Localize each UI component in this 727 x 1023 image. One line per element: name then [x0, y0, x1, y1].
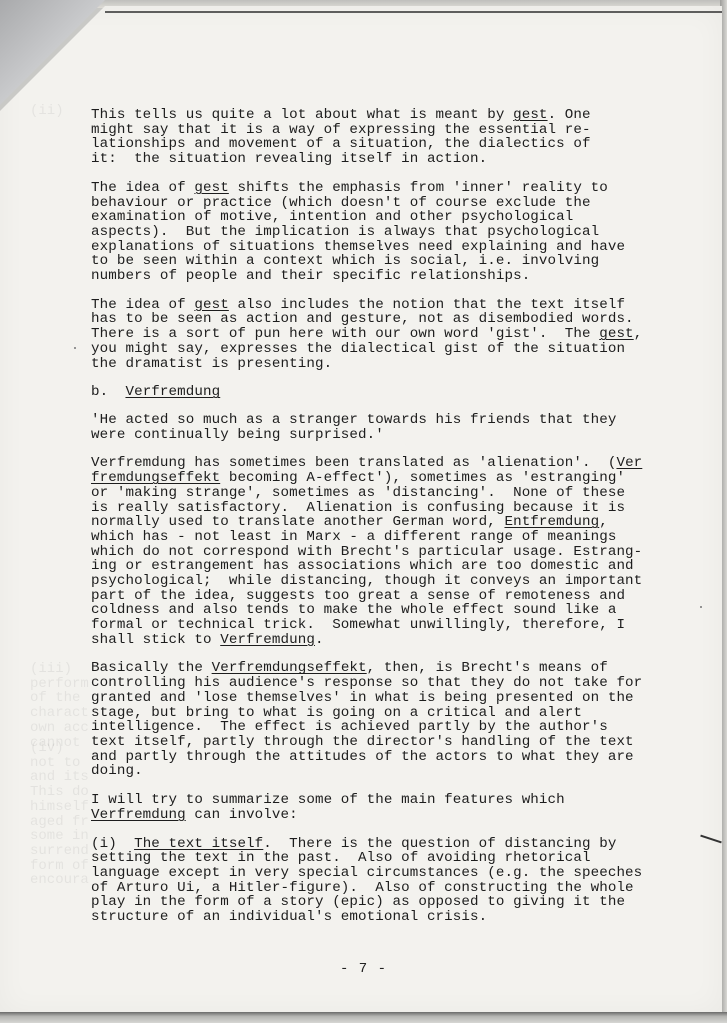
text-run: becoming A-effect'), sometimes as 'estra… — [220, 470, 625, 486]
text-run: stage, but bring to what is going on a c… — [91, 705, 582, 721]
text-run: you might say, expresses the dialectical… — [91, 341, 625, 357]
text-run: The idea of — [91, 180, 194, 196]
text-line: to be seen within a context which is soc… — [91, 254, 671, 269]
text-run: were continually being surprised.' — [91, 427, 384, 443]
text-line: or 'making strange', sometimes as 'dista… — [91, 486, 671, 501]
underlined-term: gest — [599, 326, 633, 342]
text-run: which has - not least in Marx - a differ… — [91, 529, 616, 545]
text-line: explanations of situations themselves ne… — [91, 240, 671, 255]
paragraph-quote: 'He acted so much as a stranger towards … — [91, 413, 671, 442]
text-run: . — [315, 632, 324, 648]
text-run: language except in very special circumst… — [91, 865, 642, 881]
text-run: psychological; while distancing, though … — [91, 573, 642, 589]
text-line: 'He acted so much as a stranger towards … — [91, 413, 671, 428]
text-run: structure of an individual's emotional c… — [91, 909, 487, 925]
paragraph-text-itself: (i) The text itself. There is the questi… — [91, 837, 671, 925]
text-run: formal or technical trick. Somewhat unwi… — [91, 617, 625, 633]
text-line: you might say, expresses the dialectical… — [91, 342, 671, 357]
text-run: . There is the question of distancing by — [263, 836, 616, 852]
underlined-term: The text itself — [134, 836, 263, 852]
text-line: aspects). But the implication is always … — [91, 225, 671, 240]
show-through-text: (iii) perform of the charact own acc can… — [30, 662, 89, 750]
text-run: might say that it is a way of expressing… — [91, 122, 591, 138]
page-top-rule — [105, 11, 722, 13]
text-line: play in the form of a story (epic) as op… — [91, 895, 671, 910]
text-line: (i) The text itself. There is the questi… — [91, 837, 671, 852]
text-run: Verfremdung has sometimes been translate… — [91, 455, 616, 471]
paragraph-summary-intro: I will try to summarize some of the main… — [91, 793, 671, 822]
underlined-term: fremdungseffekt — [91, 470, 220, 486]
underlined-term: gest — [194, 297, 228, 313]
text-run: (i) — [91, 836, 134, 852]
text-run: text itself, partly through the director… — [91, 734, 634, 750]
text-run: , — [634, 326, 643, 342]
text-run: . One — [548, 107, 591, 123]
underlined-term: Verfremdung — [91, 807, 186, 823]
text-line: I will try to summarize some of the main… — [91, 793, 671, 808]
underlined-term: Verfremdungseffekt — [212, 660, 367, 676]
paragraph-gest-meaning: This tells us quite a lot about what is … — [91, 108, 671, 167]
text-line: This tells us quite a lot about what is … — [91, 108, 671, 123]
paragraph-gest-emphasis: The idea of gest shifts the emphasis fro… — [91, 181, 671, 284]
text-run: doing. — [91, 763, 143, 779]
text-line: examination of motive, intention and oth… — [91, 210, 671, 225]
text-line: language except in very special circumst… — [91, 866, 671, 881]
text-line: coldness and also tends to make the whol… — [91, 603, 671, 618]
text-run: shifts the emphasis from 'inner' reality… — [229, 180, 608, 196]
text-line: were continually being surprised.' — [91, 428, 671, 443]
text-line: has to be seen as action and gesture, no… — [91, 312, 671, 327]
text-run: , — [599, 514, 608, 530]
text-line: Verfremdung can involve: — [91, 808, 671, 823]
text-run: numbers of people and their specific rel… — [91, 268, 530, 284]
text-run: which do not correspond with Brecht's pa… — [91, 544, 642, 560]
document-page: (ii) (iii) perform of the charact own ac… — [0, 6, 722, 1014]
text-run: This tells us quite a lot about what is … — [91, 107, 513, 123]
scan-bottom-edge — [0, 1012, 727, 1023]
show-through-text: (iv) not to and its This do himself aged… — [30, 741, 89, 888]
margin-pen-mark — [700, 835, 722, 844]
text-line: normally used to translate another Germa… — [91, 515, 671, 530]
text-line: controlling his audience's response so t… — [91, 676, 671, 691]
section-heading: b. Verfremdung — [91, 385, 671, 400]
text-run: behaviour or practice (which doesn't of … — [91, 195, 591, 211]
speck — [380, 244, 382, 246]
underlined-term: Ver — [616, 455, 642, 471]
show-through-text: (ii) — [30, 104, 64, 119]
text-run: normally used to translate another Germa… — [91, 514, 504, 530]
text-run: of Arturo Ui, a Hitler-figure). Also of … — [91, 880, 634, 896]
text-run: it: the situation revealing itself in ac… — [91, 151, 487, 167]
text-run: explanations of situations themselves ne… — [91, 239, 625, 255]
text-run: part of the idea, suggests too great a s… — [91, 588, 625, 604]
underlined-term: gest — [513, 107, 547, 123]
paragraph-verfremdungseffekt: Basically the Verfremdungseffekt, then, … — [91, 661, 671, 779]
page-number: - 7 - — [0, 961, 727, 977]
text-line: The idea of gest shifts the emphasis fro… — [91, 181, 671, 196]
document-body: This tells us quite a lot about what is … — [91, 108, 671, 939]
text-run: examination of motive, intention and oth… — [91, 209, 573, 225]
text-run: to be seen within a context which is soc… — [91, 253, 599, 269]
text-line: stage, but bring to what is going on a c… — [91, 706, 671, 721]
text-line: There is a sort of pun here with our own… — [91, 327, 671, 342]
text-line: ing or estrangement has associations whi… — [91, 559, 671, 574]
text-line: doing. — [91, 764, 671, 779]
text-run: has to be seen as action and gesture, no… — [91, 311, 634, 327]
text-line: behaviour or practice (which doesn't of … — [91, 196, 671, 211]
text-line: Basically the Verfremdungseffekt, then, … — [91, 661, 671, 676]
text-line: intelligence. The effect is achieved par… — [91, 720, 671, 735]
text-run: the dramatist is presenting. — [91, 356, 332, 372]
text-line: text itself, partly through the director… — [91, 735, 671, 750]
text-run: The idea of — [91, 297, 194, 313]
text-run: can involve: — [186, 807, 298, 823]
text-line: might say that it is a way of expressing… — [91, 123, 671, 138]
text-run: controlling his audience's response so t… — [91, 675, 642, 691]
underlined-term: Verfremdung — [125, 384, 220, 400]
text-run: , then, is Brecht's means of — [367, 660, 608, 676]
text-run: shall stick to — [91, 632, 220, 648]
text-run: coldness and also tends to make the whol… — [91, 602, 616, 618]
text-line: is really satisfactory. Alienation is co… — [91, 501, 671, 516]
text-line: the dramatist is presenting. — [91, 357, 671, 372]
text-run: setting the text in the past. Also of av… — [91, 850, 591, 866]
text-line: fremdungseffekt becoming A-effect'), som… — [91, 471, 671, 486]
text-line: formal or technical trick. Somewhat unwi… — [91, 618, 671, 633]
text-line: of Arturo Ui, a Hitler-figure). Also of … — [91, 881, 671, 896]
text-line: psychological; while distancing, though … — [91, 574, 671, 589]
text-line: b. Verfremdung — [91, 385, 671, 400]
text-run: I will try to summarize some of the main… — [91, 792, 565, 808]
text-run: Basically the — [91, 660, 212, 676]
speck — [700, 606, 702, 608]
paragraph-verfremdung-translation: Verfremdung has sometimes been translate… — [91, 456, 671, 647]
text-run: There is a sort of pun here with our own… — [91, 326, 599, 342]
text-line: part of the idea, suggests too great a s… — [91, 589, 671, 604]
text-line: and partly through the attitudes of the … — [91, 750, 671, 765]
underlined-term: gest — [194, 180, 228, 196]
text-line: structure of an individual's emotional c… — [91, 910, 671, 925]
text-run: 'He acted so much as a stranger towards … — [91, 412, 616, 428]
text-run: also includes the notion that the text i… — [229, 297, 625, 313]
text-run: granted and 'lose themselves' in what is… — [91, 690, 634, 706]
text-line: The idea of gest also includes the notio… — [91, 298, 671, 313]
text-run: play in the form of a story (epic) as op… — [91, 894, 625, 910]
text-line: lationships and movement of a situation,… — [91, 137, 671, 152]
underlined-term: Verfremdung — [220, 632, 315, 648]
text-run: or 'making strange', sometimes as 'dista… — [91, 485, 625, 501]
text-line: shall stick to Verfremdung. — [91, 633, 671, 648]
text-line: numbers of people and their specific rel… — [91, 269, 671, 284]
underlined-term: Entfremdung — [504, 514, 599, 530]
text-line: Verfremdung has sometimes been translate… — [91, 456, 671, 471]
text-run: b. — [91, 384, 125, 400]
speck — [74, 347, 76, 349]
text-run: aspects). But the implication is always … — [91, 224, 599, 240]
text-run: ing or estrangement has associations whi… — [91, 558, 634, 574]
paragraph-gest-text: The idea of gest also includes the notio… — [91, 298, 671, 371]
text-run: is really satisfactory. Alienation is co… — [91, 500, 625, 516]
text-run: lationships and movement of a situation,… — [91, 136, 591, 152]
text-line: setting the text in the past. Also of av… — [91, 851, 671, 866]
text-line: which has - not least in Marx - a differ… — [91, 530, 671, 545]
text-run: and partly through the attitudes of the … — [91, 749, 634, 765]
text-line: it: the situation revealing itself in ac… — [91, 152, 671, 167]
text-line: granted and 'lose themselves' in what is… — [91, 691, 671, 706]
text-run: intelligence. The effect is achieved par… — [91, 719, 608, 735]
text-line: which do not correspond with Brecht's pa… — [91, 545, 671, 560]
